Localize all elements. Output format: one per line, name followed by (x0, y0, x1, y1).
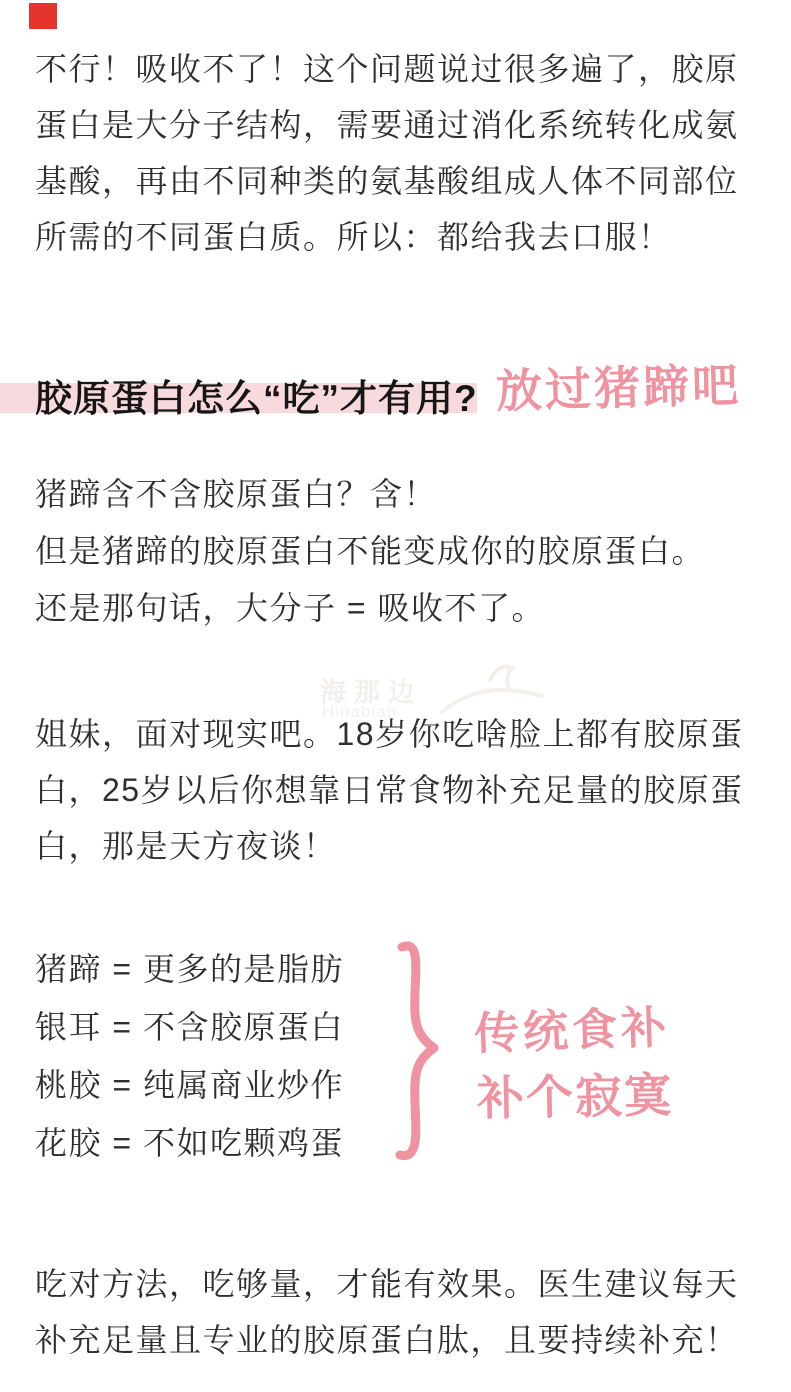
section-heading: 胶原蛋白怎么“吃”才有用? (35, 368, 478, 422)
handwritten-note-top: 放过猪蹄吧 (495, 349, 742, 421)
brace-icon (392, 938, 442, 1166)
paragraph-reality: 姐妹，面对现实吧。18岁你吃啥脸上都有胶原蛋 白，25岁以后你想靠日常食物补充足… (35, 706, 785, 874)
brand-red-square (29, 3, 57, 29)
paragraph-pig-trotter: 猪蹄含不含胶原蛋白？含！ 但是猪蹄的胶原蛋白不能变成你的胶原蛋白。 还是那句话，… (35, 466, 785, 637)
article-post-image: 不行！吸收不了！这个问题说过很多遍了，胶原 蛋白是大分子结构，需要通过消化系统转… (0, 0, 791, 1392)
paragraph-conclusion: 吃对方法，吃够量，才能有效果。医生建议每天 补充足量且专业的胶原蛋白肽，且要持续… (35, 1256, 785, 1368)
paragraph-intro: 不行！吸收不了！这个问题说过很多遍了，胶原 蛋白是大分子结构，需要通过消化系统转… (35, 41, 785, 265)
handwritten-note-side-line1: 传统食补 (473, 991, 671, 1063)
handwritten-note-side-line2: 补个寂寞 (476, 1058, 673, 1128)
